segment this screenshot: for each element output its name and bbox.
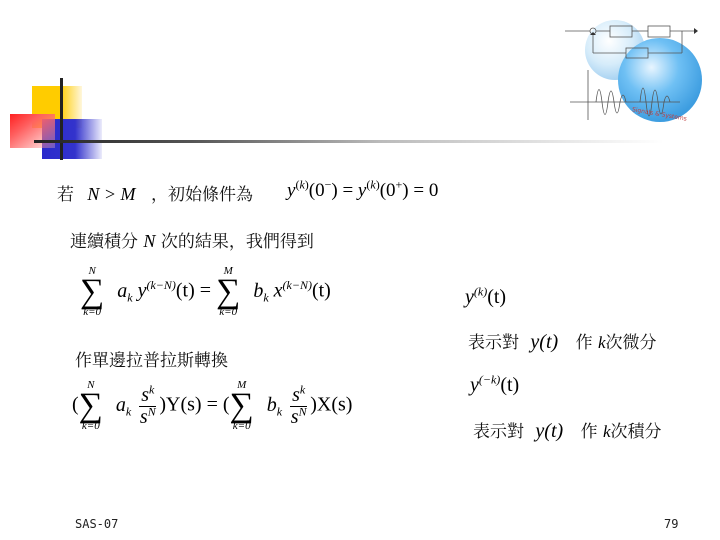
signals-systems-logo: Signals & Systems — [560, 12, 720, 130]
condition-n-greater-m: N > M — [87, 184, 135, 204]
derivative-notation: y(k)(t) — [465, 286, 506, 309]
derivative-note: 表示對 y(t) 作 k次微分 — [468, 328, 657, 354]
fraction-s-k-over-s-n: sk sN — [139, 385, 156, 428]
decor-vertical-line — [60, 78, 63, 160]
sum-lhs: N ∑ k=0 — [79, 380, 103, 432]
fraction-s-k-over-s-n: sk sN — [290, 385, 307, 428]
laplace-line: 作單邊拉普拉斯轉換 — [75, 346, 228, 371]
condition-line: 若 N > M ，初始條件為 — [57, 180, 253, 205]
footer-course-code: SAS-07 — [75, 517, 118, 531]
page-number: 79 — [664, 517, 678, 531]
sum-rhs: M ∑ k=0 — [216, 266, 240, 318]
integral-note: 表示對 y(t) 作 k次積分 — [473, 417, 662, 443]
integral-notation: y(−k)(t) — [470, 374, 519, 397]
text-if: 若 — [57, 185, 74, 205]
text-integrate: 連續積分 — [70, 232, 138, 252]
sum-rhs: M ∑ k=0 — [230, 380, 254, 432]
text-result: 次的結果，我們得到 — [161, 232, 314, 252]
integral-equation: N ∑ k=0 ak y(k−N)(t) = M ∑ k=0 bk x(k−N)… — [80, 266, 331, 318]
integration-line: 連續積分 N 次的結果，我們得到 — [70, 227, 314, 252]
var-n: N — [143, 231, 155, 251]
laplace-equation: ( N ∑ k=0 ak sk sN )Y(s) = ( M ∑ k=0 bk … — [72, 380, 352, 432]
text-initial-condition-label: ，初始條件為 — [151, 185, 253, 205]
sum-lhs: N ∑ k=0 — [80, 266, 104, 318]
initial-condition-equation: y(k)(0−) = y(k)(0+) = 0 — [287, 180, 438, 202]
title-divider-line — [34, 140, 664, 143]
